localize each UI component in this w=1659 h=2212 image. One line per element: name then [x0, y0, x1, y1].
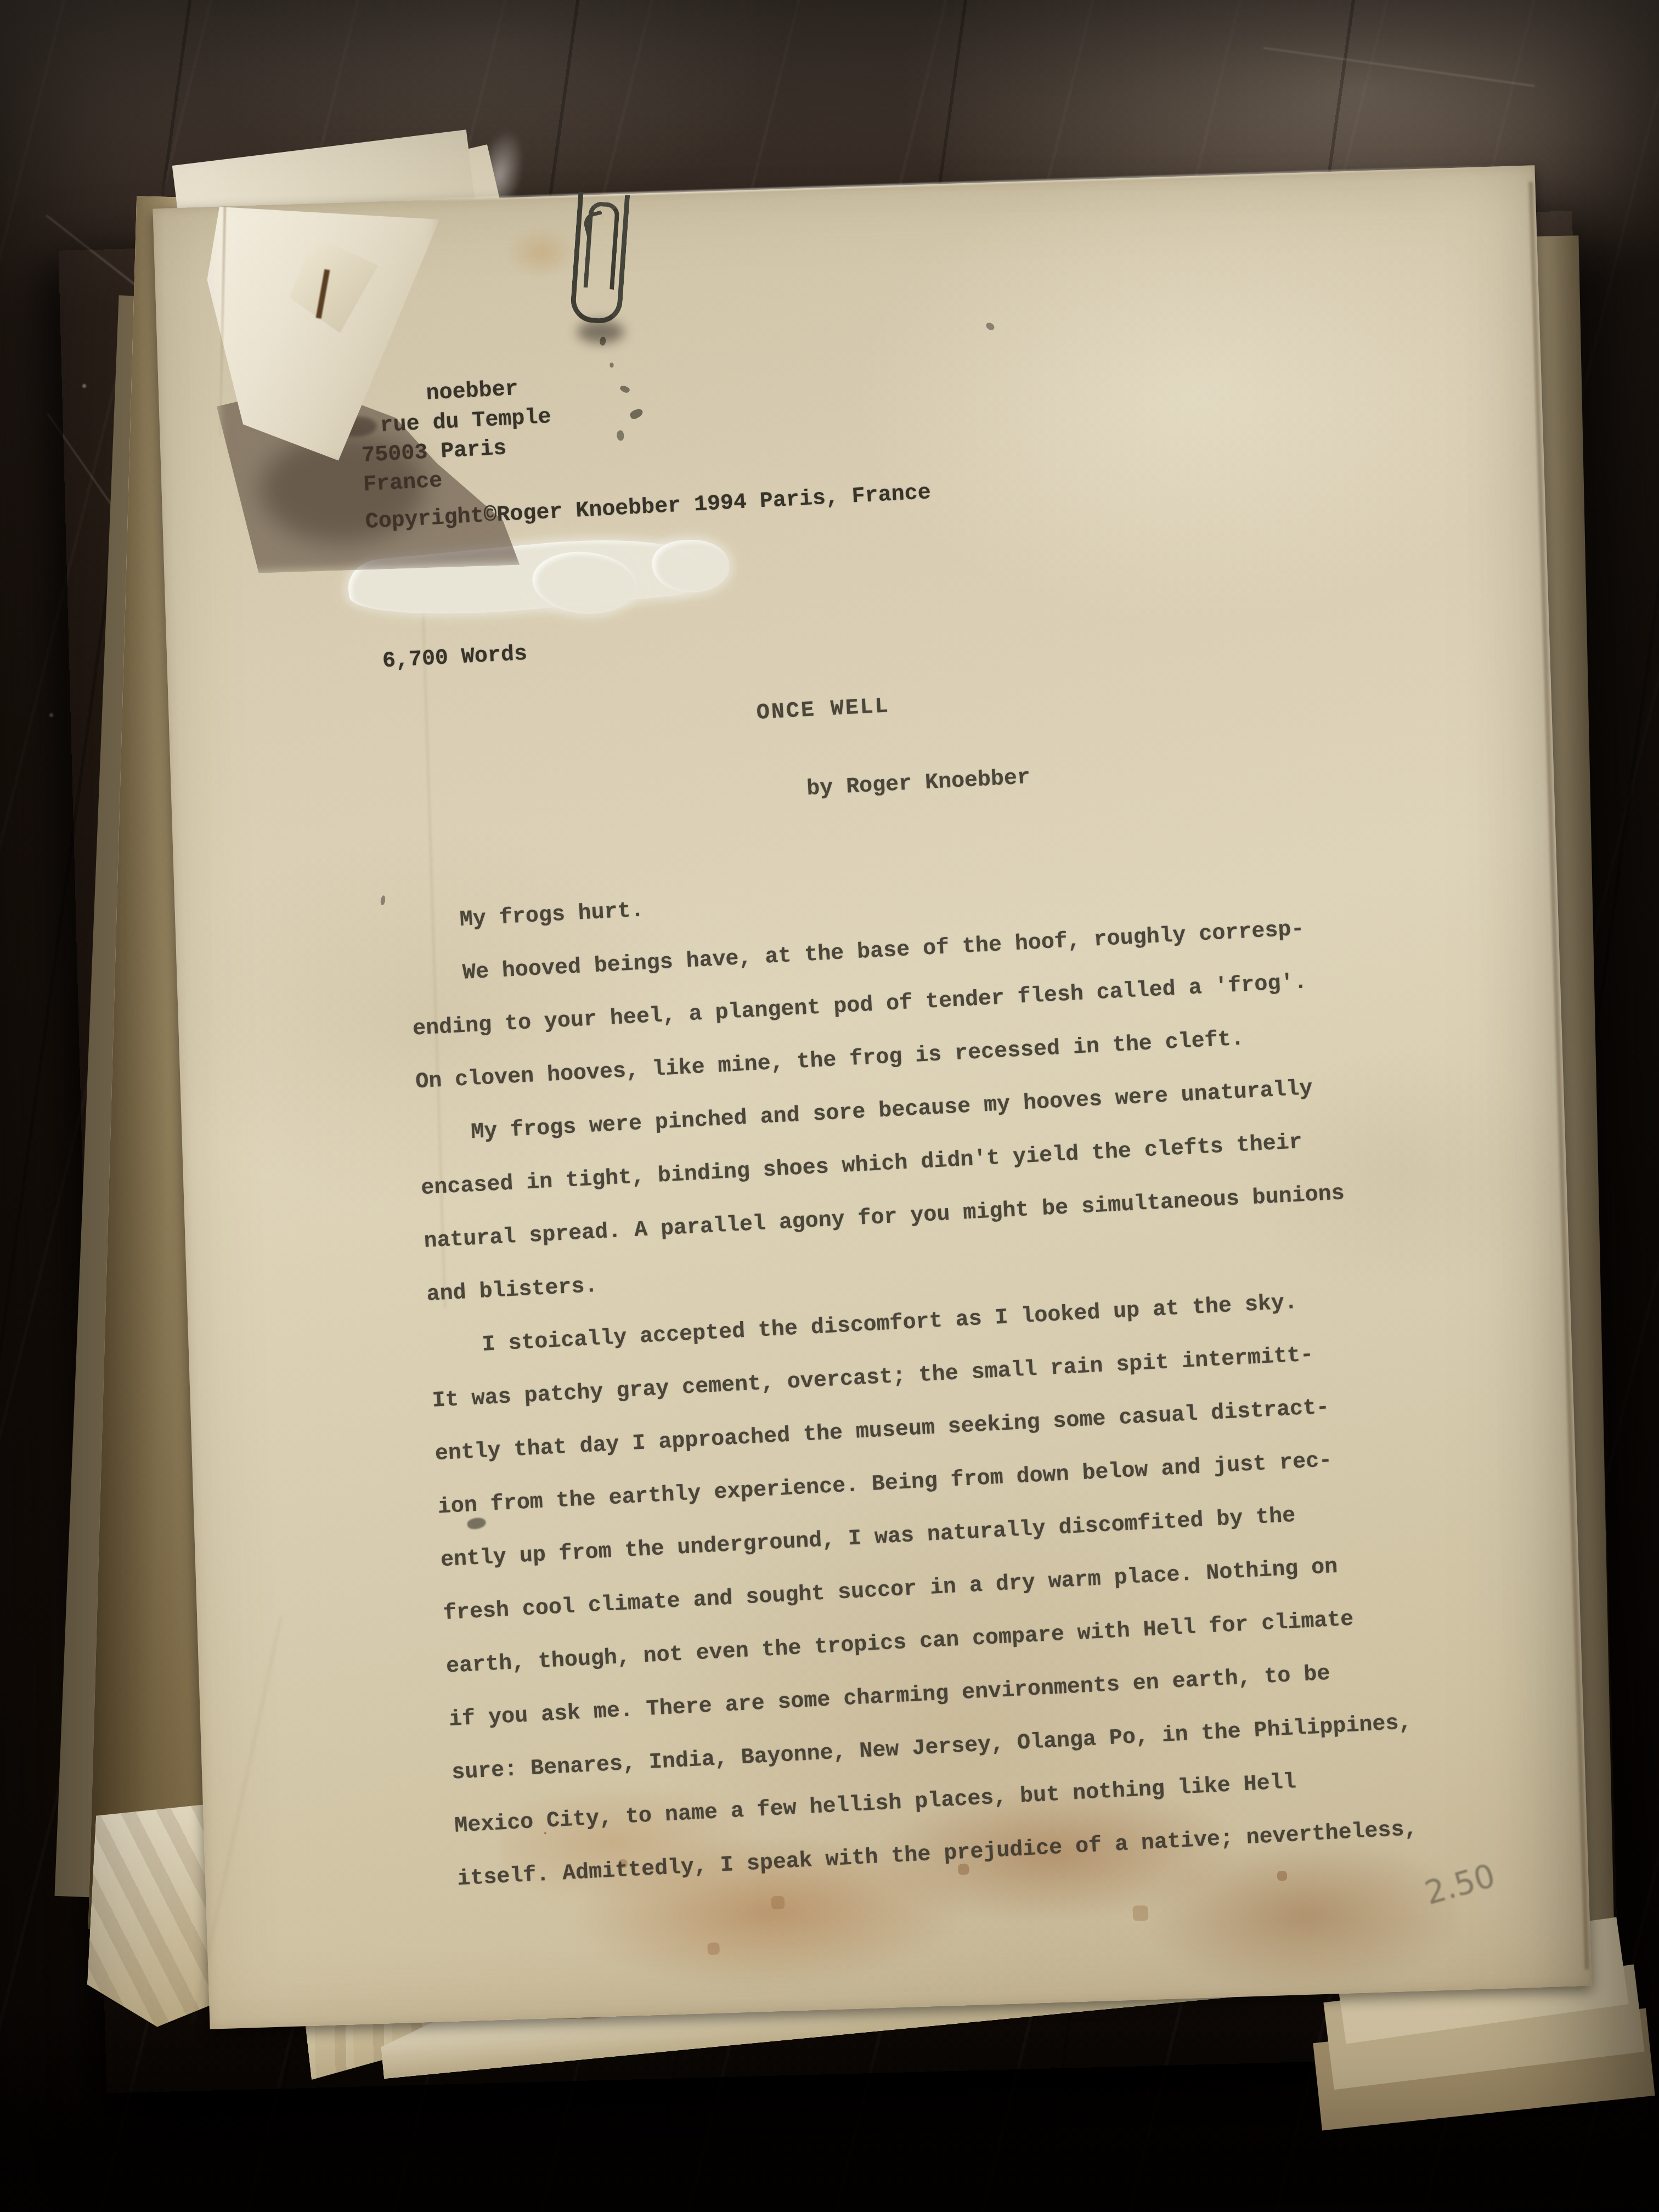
paperclip [569, 191, 629, 326]
photo-of-manuscript: 387 K noebber rue du Temple 75003 Paris … [0, 0, 1659, 2212]
ink-fleck [380, 895, 386, 906]
ink-smudge [629, 407, 644, 420]
word-count: 6,700 Words [382, 640, 528, 676]
ink-smudge [619, 385, 630, 394]
manuscript-page: K noebber rue du Temple 75003 Paris Fran… [153, 165, 1592, 2029]
author-name-fragment: noebber [425, 375, 519, 409]
story-byline: by Roger Knoebber [806, 764, 1031, 804]
ink-smudge [985, 321, 996, 331]
pencil-price-mark: 2.50 [1421, 1857, 1499, 1912]
story-title: ONCE WELL [756, 692, 890, 728]
body-lines: My frogs hurt. We hooved beings have, at… [406, 840, 1533, 1906]
dust-speck [49, 713, 53, 717]
ink-smudge [617, 430, 624, 441]
ink-smudge [610, 363, 613, 368]
